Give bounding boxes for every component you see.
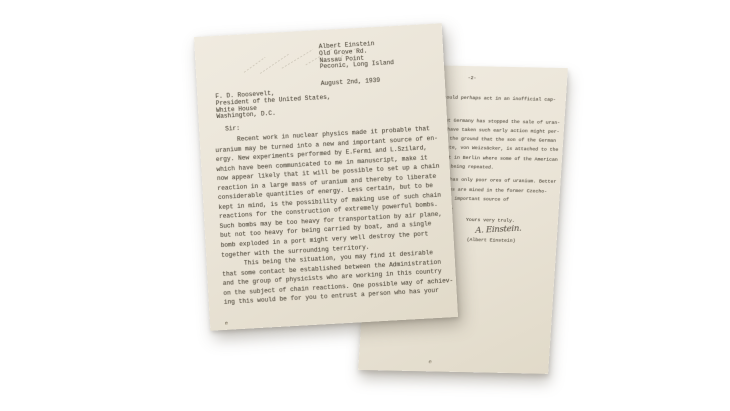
staple-hole [429,360,432,363]
date-line: August 2nd, 1939 [321,77,381,87]
salutation: Sir: [225,125,240,133]
einstein-signature: A. Einstein. [475,224,521,236]
sender-address-block: Albert EinsteinOld Grove Rd.Nassau Point… [319,40,395,71]
letter-page-1: Albert EinsteinOld Grove Rd.Nassau Point… [194,23,458,330]
recipient-address-block: F. D. Roosevelt,President of the United … [215,88,331,122]
closing-valediction: Yours very truly. [466,218,515,224]
page1-body-text: Recent work in nuclear physics made it p… [215,123,454,307]
staple-hole [225,322,228,325]
typed-signature-name: (Albert Einstein) [466,238,515,244]
letter-photograph: -2- confidence and who could perhaps act… [0,0,730,411]
